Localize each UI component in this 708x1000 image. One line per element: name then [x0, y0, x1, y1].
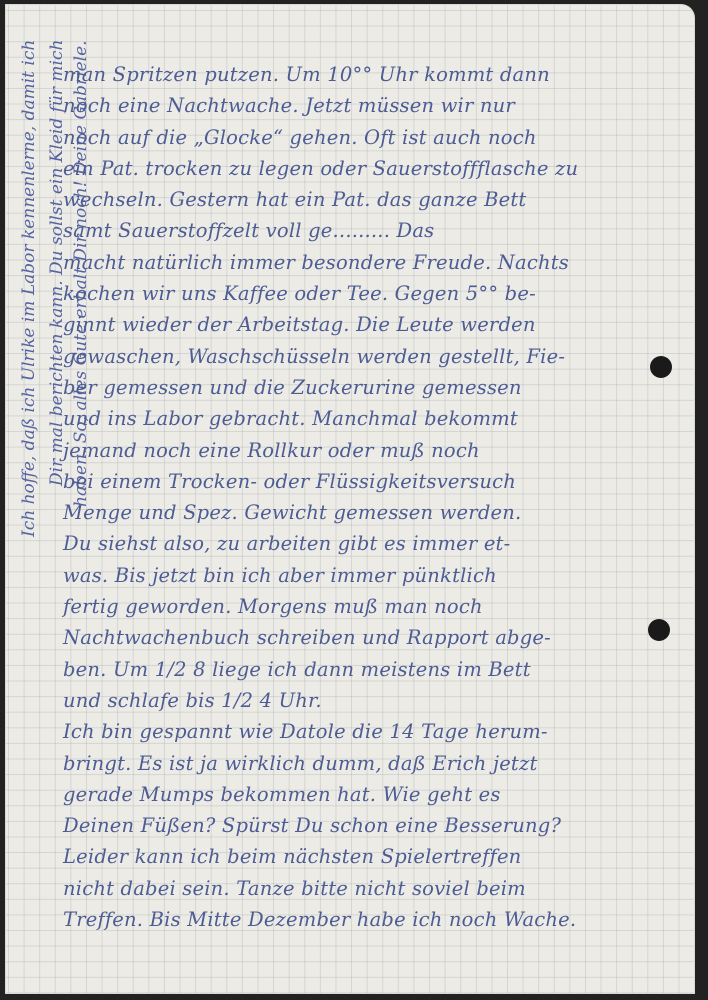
letter-line: Leider kann ich beim nächsten Spielertre…	[63, 841, 693, 872]
letter-line: und schlafe bis 1/2 4 Uhr.	[63, 685, 693, 716]
letter-line: bei einem Trocken- oder Flüssigkeitsvers…	[63, 466, 693, 497]
letter-line: macht natürlich immer besondere Freude. …	[63, 247, 693, 278]
letter-line: kochen wir uns Kaffee oder Tee. Gegen 5°…	[63, 278, 693, 309]
letter-line: samt Sauerstoffzelt voll ge......... Das	[63, 215, 693, 246]
letter-line: und ins Labor gebracht. Manchmal bekommt	[63, 403, 693, 434]
letter-line: ein Pat. trocken zu legen oder Sauerstof…	[63, 153, 693, 184]
letter-line: ginnt wieder der Arbeitstag. Die Leute w…	[63, 309, 693, 340]
letter-line: gewaschen, Waschschüsseln werden gestell…	[63, 341, 693, 372]
letter-line: ben. Um 1/2 8 liege ich dann meistens im…	[63, 654, 693, 685]
letter-line: nicht dabei sein. Tanze bitte nicht sovi…	[63, 873, 693, 904]
letter-line: ber gemessen und die Zuckerurine gemesse…	[63, 372, 693, 403]
letter-line: wechseln. Gestern hat ein Pat. das ganze…	[63, 184, 693, 215]
letter-line: Menge und Spez. Gewicht gemessen werden.	[63, 497, 693, 528]
letter-line: Ich bin gespannt wie Datole die 14 Tage …	[63, 716, 693, 747]
letter-line: was. Bis jetzt bin ich aber immer pünktl…	[63, 560, 693, 591]
letter-line: noch auf die „Glocke“ gehen. Oft ist auc…	[63, 122, 693, 153]
letter-line: noch eine Nachtwache. Jetzt müssen wir n…	[63, 90, 693, 121]
letter-line: Nachtwachenbuch schreiben und Rapport ab…	[63, 622, 693, 653]
letter-page: Ich hoffe, daß ich Ulrike im Labor kenne…	[5, 4, 695, 994]
letter-body: man Spritzen putzen. Um 10°° Uhr kommt d…	[63, 59, 693, 935]
letter-line: jemand noch eine Rollkur oder muß noch	[63, 435, 693, 466]
margin-note-line-1: Ich hoffe, daß ich Ulrike im Labor kenne…	[19, 40, 39, 970]
letter-line: gerade Mumps bekommen hat. Wie geht es	[63, 779, 693, 810]
letter-line: bringt. Es ist ja wirklich dumm, daß Eri…	[63, 748, 693, 779]
letter-line: Deinen Füßen? Spürst Du schon eine Besse…	[63, 810, 693, 841]
letter-line: Du siehst also, zu arbeiten gibt es imme…	[63, 528, 693, 559]
letter-line: man Spritzen putzen. Um 10°° Uhr kommt d…	[63, 59, 693, 90]
letter-line: Treffen. Bis Mitte Dezember habe ich noc…	[63, 904, 693, 935]
letter-line: fertig geworden. Morgens muß man noch	[63, 591, 693, 622]
